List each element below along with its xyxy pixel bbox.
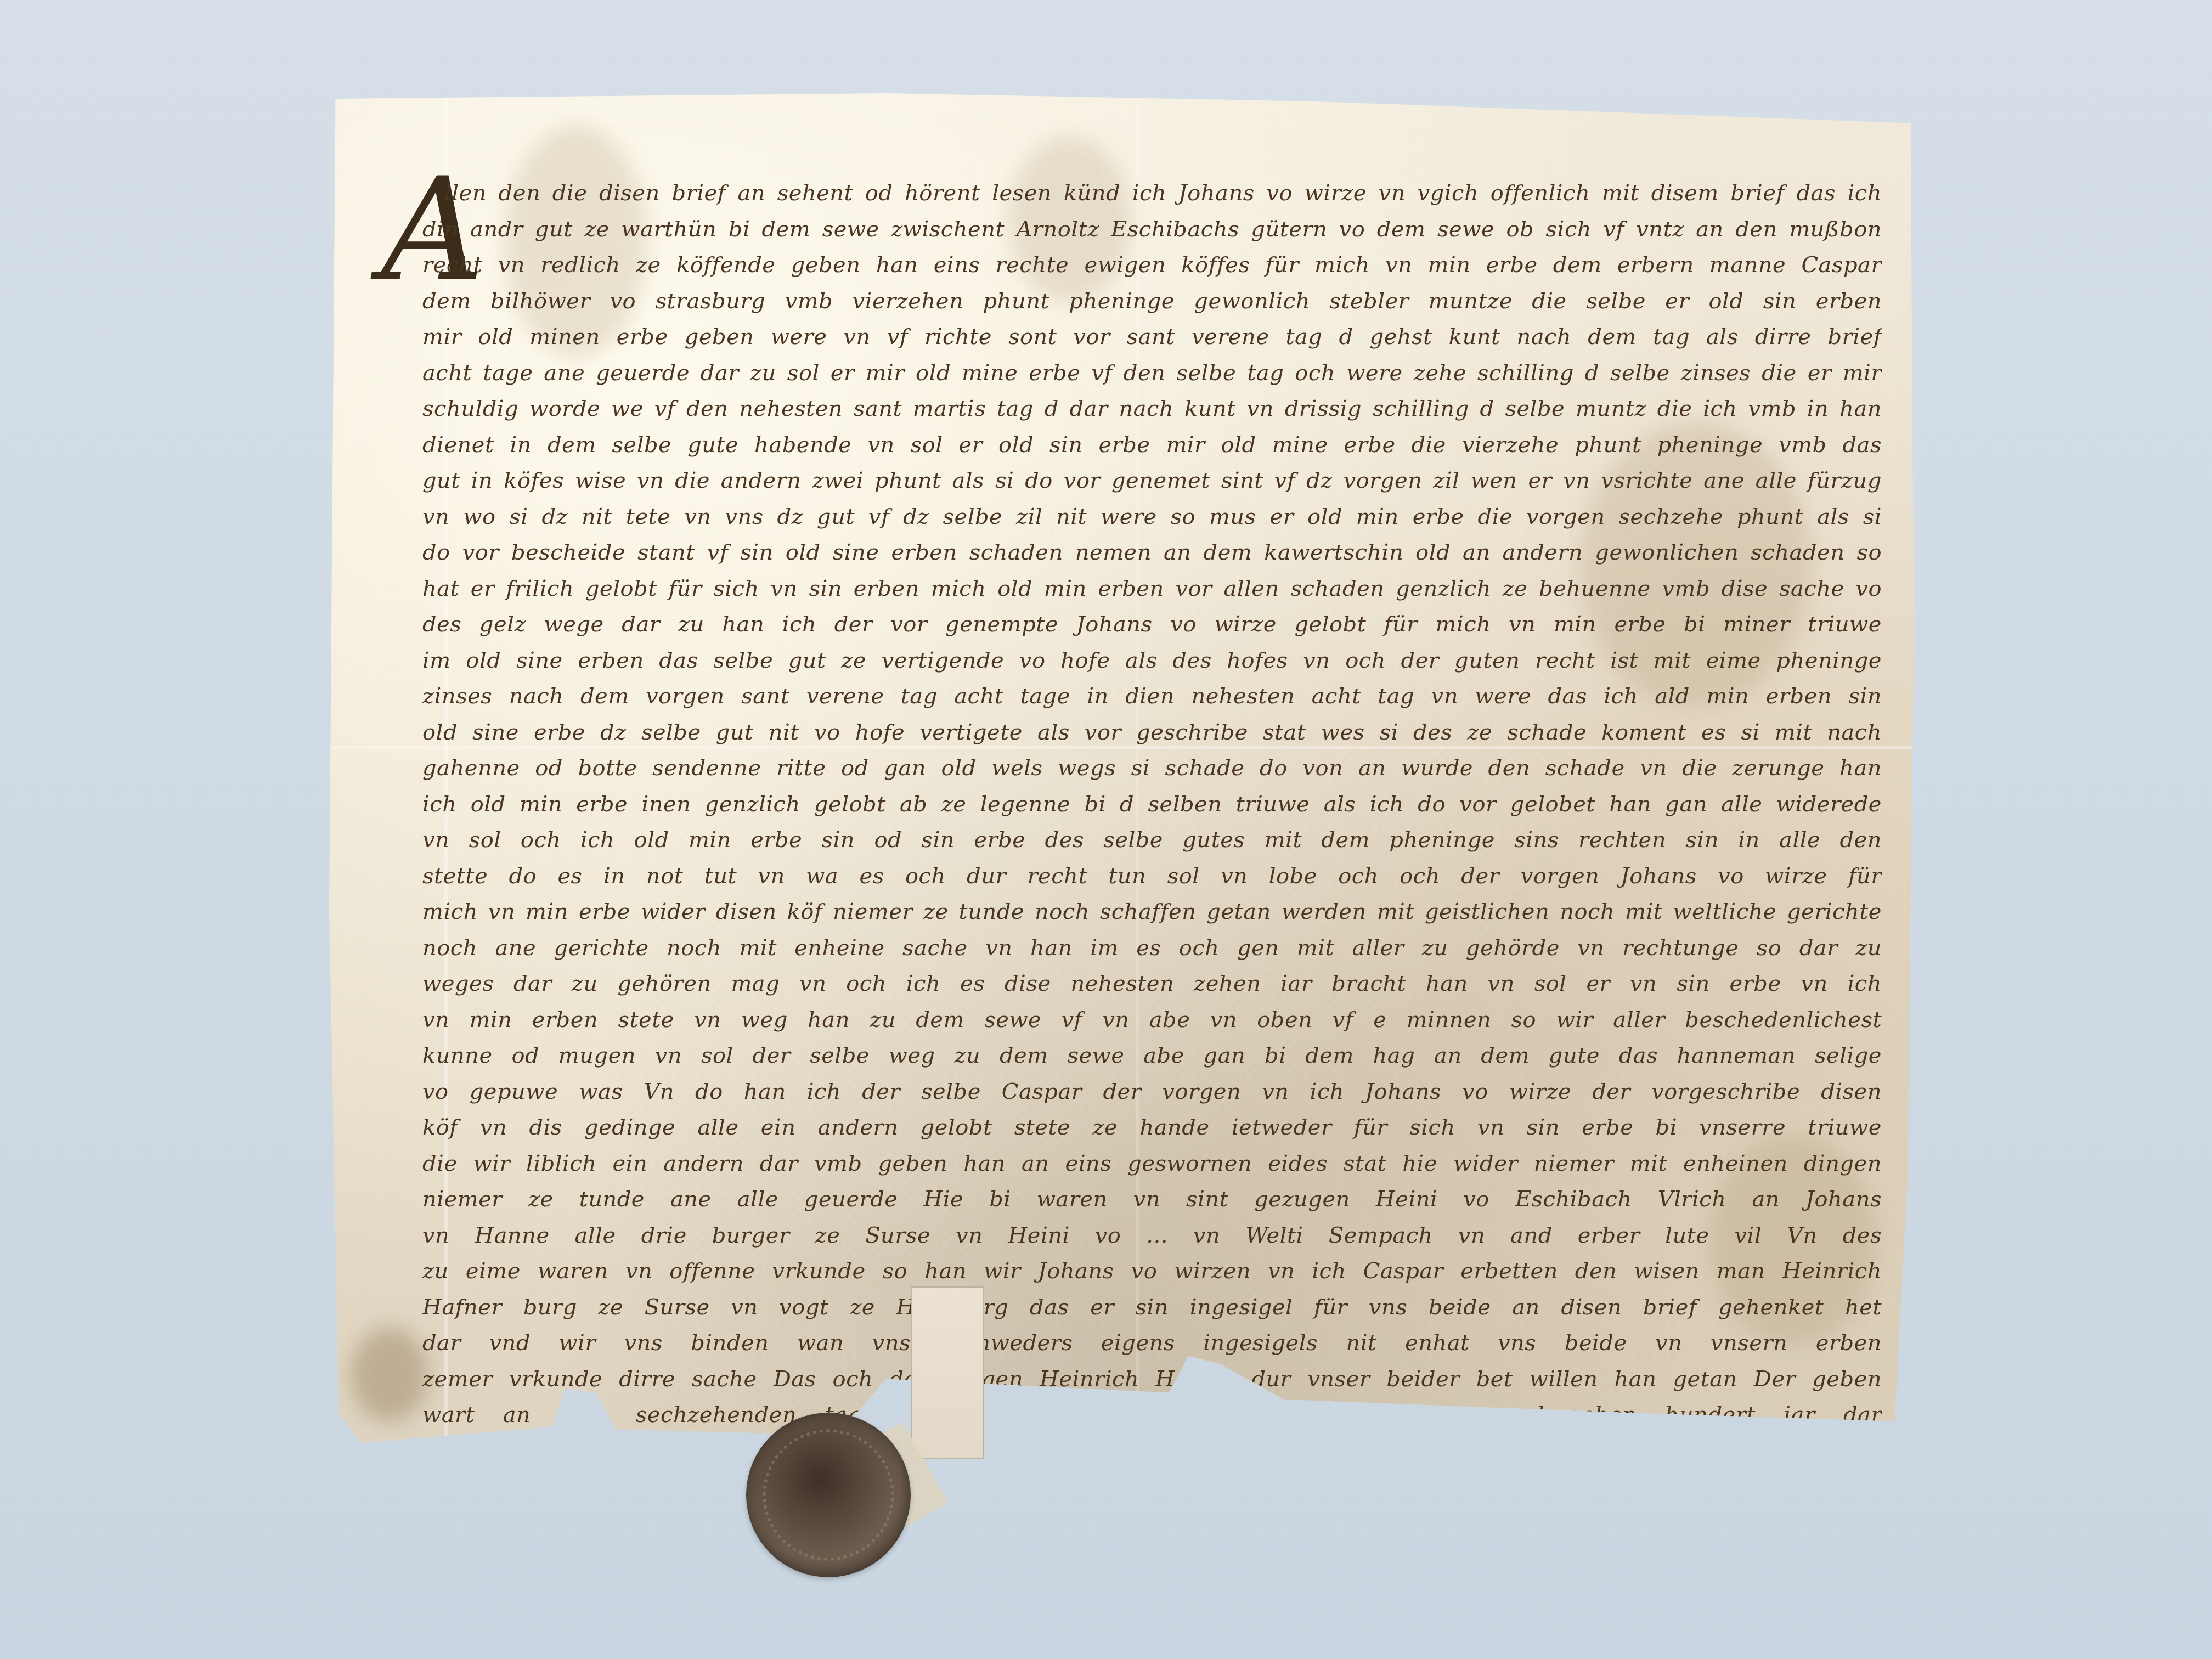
text-line: dienet in dem selbe gute habende vn sol …: [422, 427, 1882, 464]
stain: [351, 1328, 428, 1421]
text-line: do vor bescheide stant vf sin old sine e…: [422, 535, 1882, 571]
wax-seal: [746, 1413, 911, 1577]
parchment-charter: A llen den die disen brief an sehent od …: [329, 93, 1920, 1454]
text-line: vn sol och ich old min erbe sin od sin e…: [422, 822, 1882, 859]
text-line: vn Hanne alle drie burger ze Surse vn He…: [422, 1218, 1882, 1254]
text-line: vn min erben stete vn weg han zu dem sew…: [422, 1002, 1882, 1039]
text-line: old sine erbe dz selbe gut nit vo hofe v…: [422, 715, 1882, 751]
text-line: köf vn dis gedinge alle ein andern gelob…: [422, 1110, 1882, 1146]
text-line: acht tage ane geuerde dar zu sol er mir …: [422, 356, 1882, 392]
text-line: mich vn min erbe wider disen köf niemer …: [422, 894, 1882, 930]
text-line: dem bilhöwer vo strasburg vmb vierzehen …: [422, 284, 1882, 320]
charter-text: llen den die disen brief an sehent od hö…: [422, 176, 1882, 1469]
text-line: gahenne od botte sendenne ritte od gan o…: [422, 751, 1882, 787]
text-line: schuldig worde we vf den nehesten sant m…: [422, 391, 1882, 427]
text-line: ich old min erbe inen genzlich gelobt ab…: [422, 787, 1882, 823]
text-line: stette do es in not tut vn wa es och dur…: [422, 859, 1882, 895]
text-line: wart an dem sechzehenden tage Merzen do …: [422, 1397, 1882, 1434]
text-line: kunne od mugen vn sol der selbe weg zu d…: [422, 1038, 1882, 1074]
text-line: zu eime waren vn offenne vrkunde so han …: [422, 1254, 1882, 1290]
text-line: vo gepuwe was Vn do han ich der selbe Ca…: [422, 1074, 1882, 1110]
text-line: des gelz wege dar zu han ich der vor gen…: [422, 607, 1882, 643]
text-line: vn wo si dz nit tete vn vns dz gut vf dz…: [422, 499, 1882, 535]
text-line: im old sine erben das selbe gut ze verti…: [422, 643, 1882, 679]
text-line: zemer vrkunde dirre sache Das och der vo…: [422, 1362, 1882, 1398]
text-line: recht vn redlich ze köffende geben han e…: [422, 247, 1882, 284]
text-line: niemer ze tunde ane alle geuerde Hie bi …: [422, 1182, 1882, 1218]
seal-tag: [911, 1286, 984, 1459]
text-line: weges dar zu gehören mag vn och ich es d…: [422, 966, 1882, 1002]
text-line: dar vnd wir vns binden wan vnser enweder…: [422, 1325, 1882, 1362]
text-line: mir old minen erbe geben were vn vf rich…: [422, 319, 1882, 356]
text-line: die wir liblich ein andern dar vmb geben…: [422, 1146, 1882, 1182]
text-line: zinses nach dem vorgen sant verene tag a…: [422, 679, 1882, 715]
text-line: hat er frilich gelobt für sich vn sin er…: [422, 571, 1882, 607]
text-line: din andr gut ze warthün bi dem sewe zwis…: [422, 212, 1882, 248]
text-line: noch ane gerichte noch mit enheine sache…: [422, 930, 1882, 967]
text-line: Hafner burg ze Surse vn vogt ze Habspurg…: [422, 1290, 1882, 1326]
text-line: llen den die disen brief an sehent od hö…: [422, 176, 1882, 212]
text-line: gut in köfes wise vn die andern zwei phu…: [422, 463, 1882, 499]
